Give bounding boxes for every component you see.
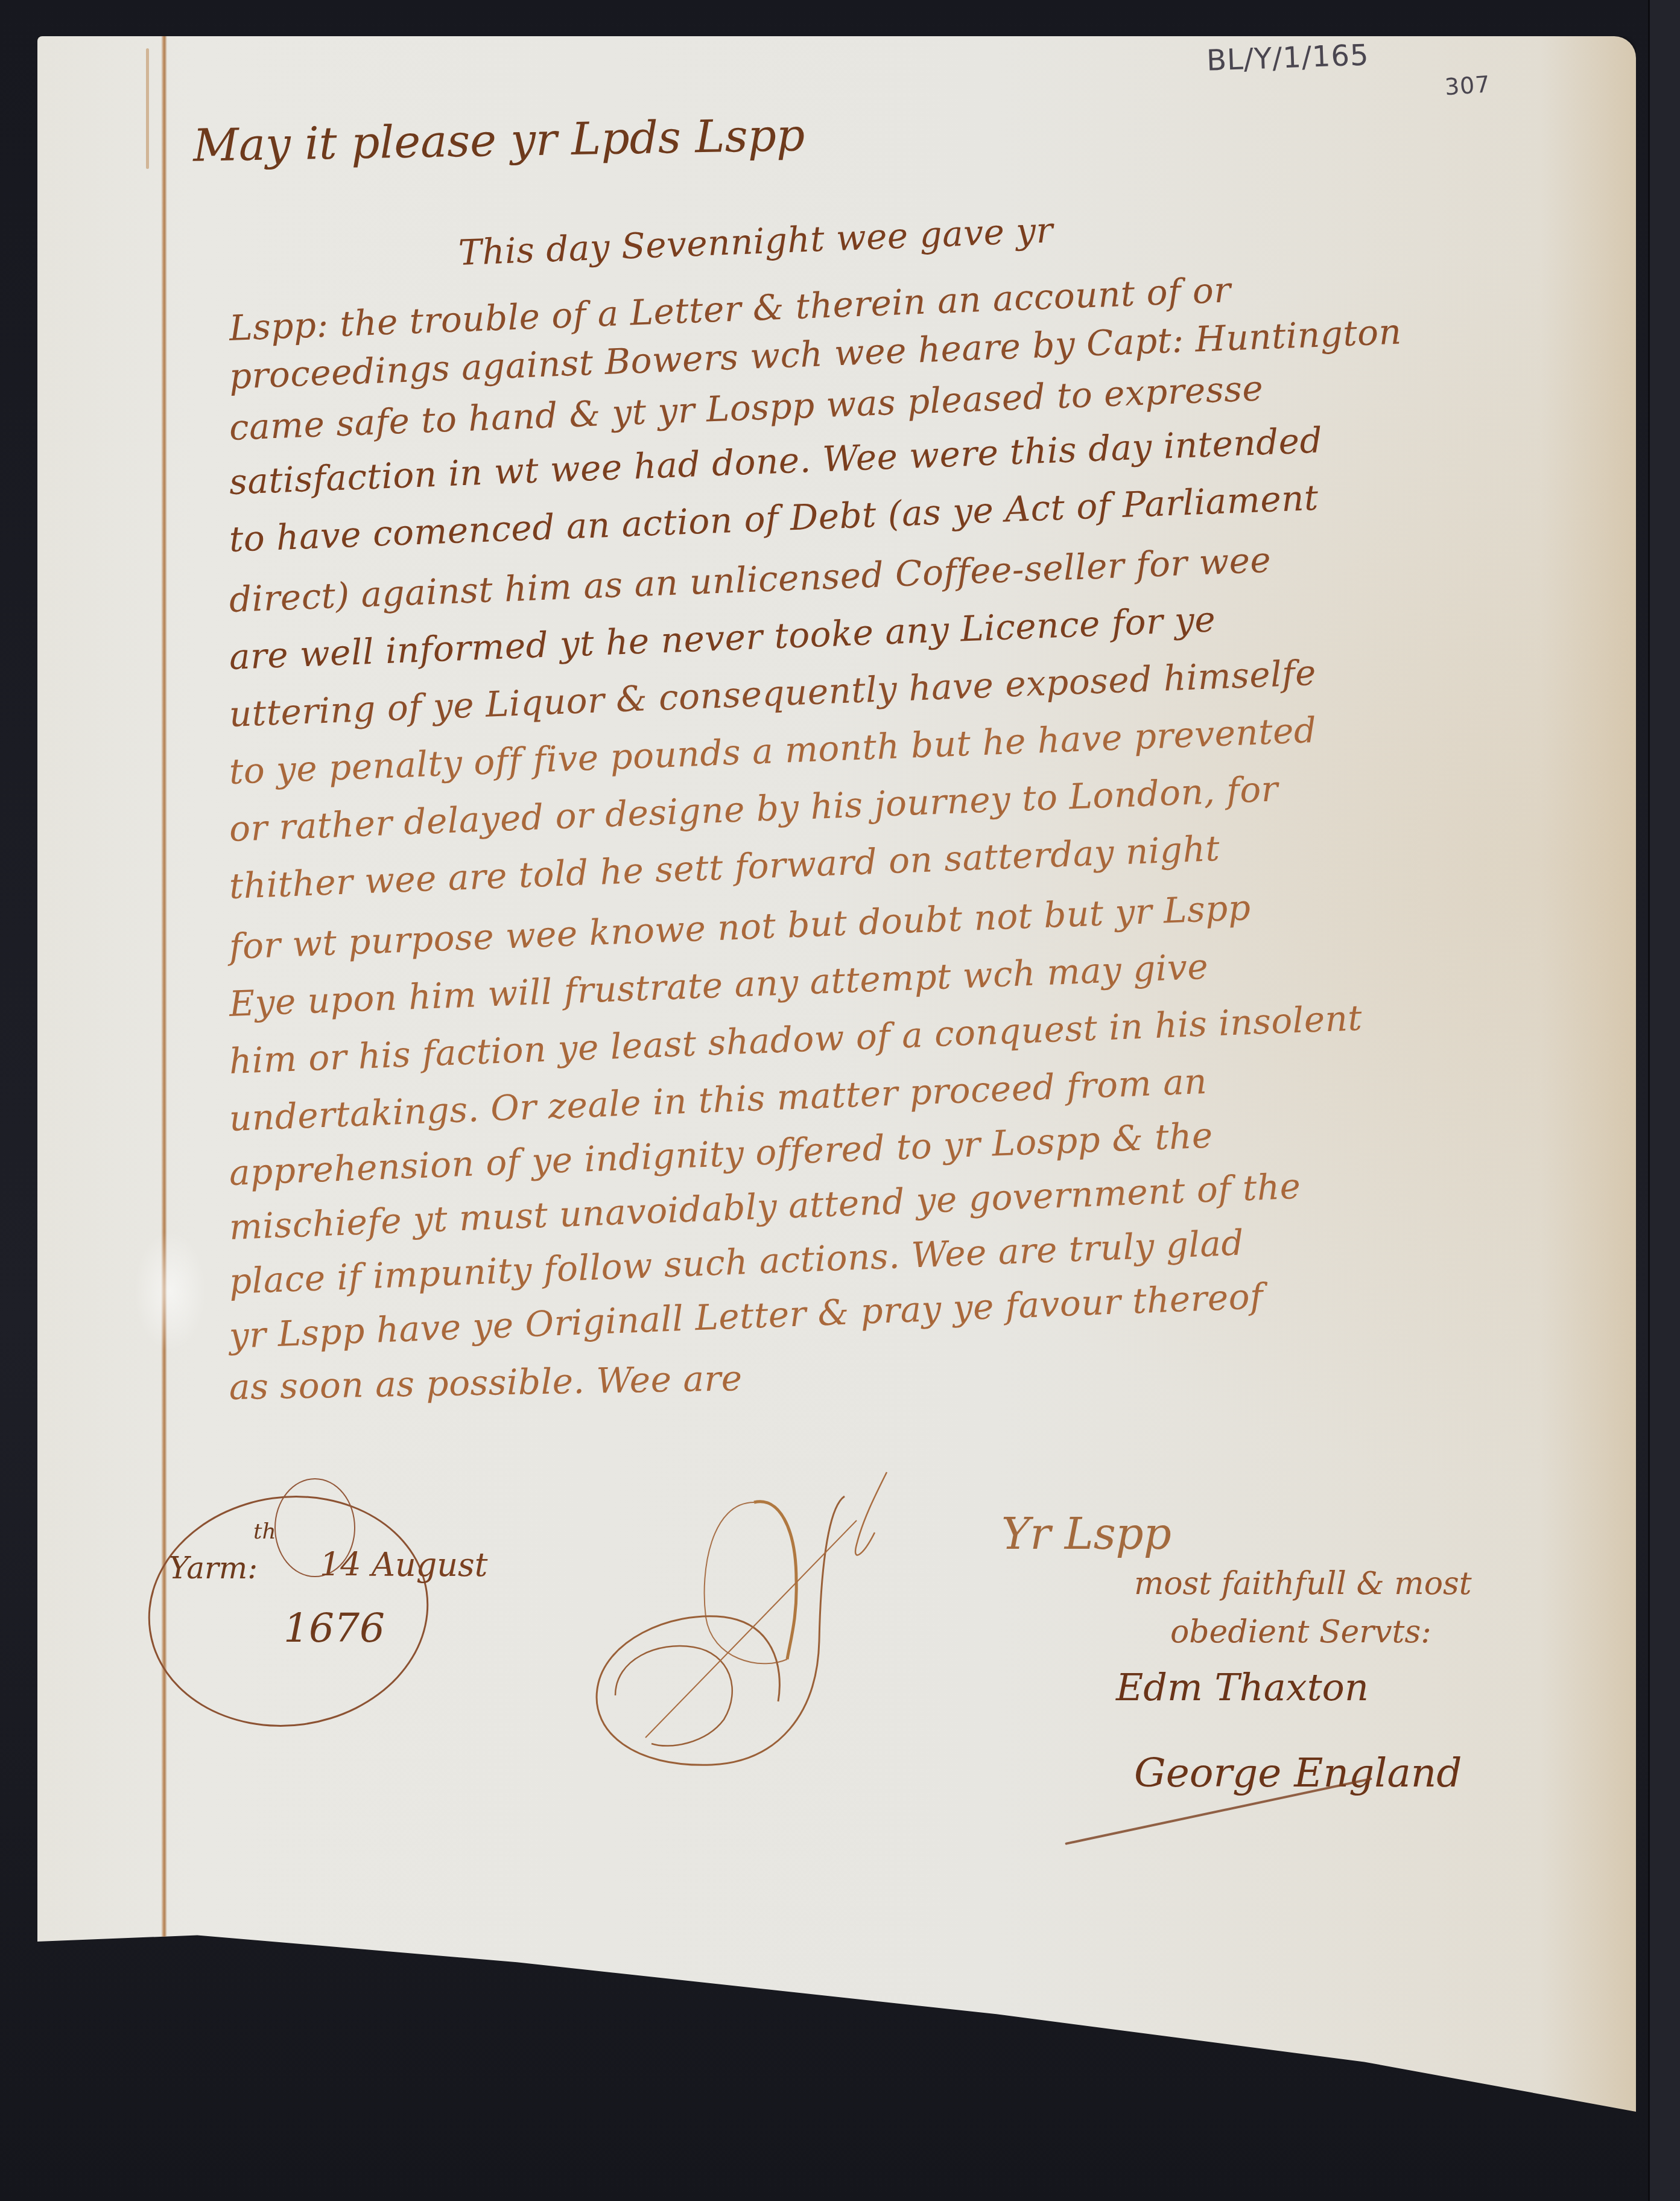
margin-stain — [146, 48, 149, 169]
margin-rule-line — [161, 36, 167, 2112]
signature-england: George England — [1134, 1750, 1462, 1796]
date-year: 1676 — [284, 1605, 385, 1651]
signature-thaxton: Edm Thaxton — [1116, 1665, 1369, 1709]
body-line: This day Sevennight wee gave yr — [458, 209, 1054, 273]
date-day: 14 August — [320, 1546, 487, 1584]
closing-line-1: most faithfull & most — [1134, 1566, 1472, 1602]
paper-repair-patch — [134, 1231, 206, 1351]
backdrop-edge-strip — [1648, 0, 1680, 2201]
closing-flourish — [579, 1460, 893, 1774]
date-day-superscript: th — [253, 1519, 276, 1544]
letter-body: This day Sevennight wee gave yr Lspp: th… — [229, 0, 1617, 1400]
closing-line-2: obedient Servts: — [1170, 1614, 1431, 1650]
date-place: Yarm: — [169, 1551, 258, 1586]
closing-address: Yr Lspp — [1001, 1508, 1171, 1559]
